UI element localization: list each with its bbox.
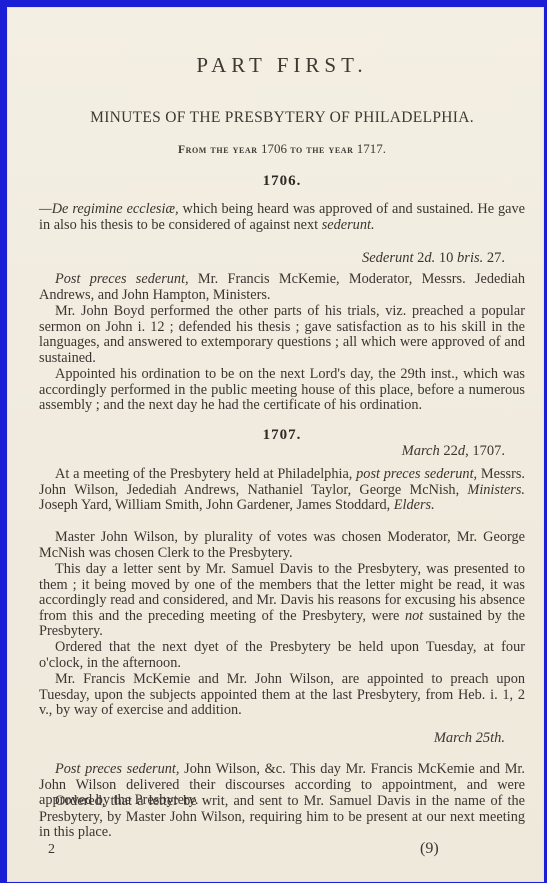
text: Master John Wilson, by plurality of vote…	[39, 529, 525, 561]
italic-text: March	[402, 443, 440, 459]
book-page: PART FIRST. MINUTES OF THE PRESBYTERY OF…	[7, 7, 544, 882]
italic-text: March 25th.	[434, 730, 505, 746]
year-heading-1707: 1707.	[39, 427, 525, 444]
text: 22	[440, 443, 458, 459]
text: Appointed his ordination to be on the ne…	[39, 366, 525, 413]
italic-text: not	[405, 608, 423, 624]
year-range: From the year 1706 to the year 1717.	[39, 141, 525, 157]
part-title: PART FIRST.	[39, 53, 525, 78]
italic-text: Ministers.	[467, 482, 525, 498]
paragraph: Appointed his ordination to be on the ne…	[39, 367, 525, 414]
paragraph: Ordered that the next dyet of the Presby…	[39, 640, 525, 671]
range-to-label: to the year	[290, 144, 353, 156]
text: 27.	[483, 250, 505, 266]
paragraph: Master John Wilson, by plurality of vote…	[39, 530, 525, 561]
paragraph: Ordered, that a letter be writ, and sent…	[39, 794, 525, 841]
meeting-date: March 22d, 1707.	[402, 443, 505, 460]
range-from-year: 1706	[261, 141, 287, 156]
year-heading-1706: 1706.	[39, 173, 525, 190]
minutes-title: MINUTES OF THE PRESBYTERY OF PHILADELPHI…	[39, 109, 525, 127]
meeting-date-2: March 25th.	[434, 730, 505, 747]
italic-text: Sederunt	[362, 250, 414, 266]
page-number: (9)	[420, 840, 439, 858]
italic-text: Post preces sederunt,	[55, 271, 189, 287]
text: Ordered that the next dyet of the Presby…	[39, 639, 525, 671]
range-to-year: 1717.	[357, 141, 386, 156]
range-from-label: From the year	[178, 144, 258, 156]
italic-text: d,	[458, 443, 469, 459]
text: 1707.	[469, 443, 505, 459]
paragraph: —De regimine ecclesiæ, which being heard…	[39, 202, 525, 233]
text: Mr. Francis McKemie and Mr. John Wilson,…	[39, 671, 525, 718]
image-frame: PART FIRST. MINUTES OF THE PRESBYTERY OF…	[0, 0, 547, 883]
text: Ordered, that a letter be writ, and sent…	[39, 793, 525, 840]
italic-text: Post preces sederunt,	[55, 761, 179, 777]
sederunt-date: Sederunt 2d. 10 bris. 27.	[362, 250, 505, 267]
text: 2	[414, 250, 425, 266]
text: Mr. John Boyd performed the other parts …	[39, 303, 525, 366]
text: 10	[435, 250, 457, 266]
italic-text: —De regimine ecclesiæ,	[39, 201, 179, 217]
italic-text: d.	[424, 250, 435, 266]
signature-mark: 2	[48, 842, 55, 858]
text: Joseph Yard, William Smith, John Gardene…	[39, 497, 394, 513]
text: At a meeting of the Presbytery held at P…	[55, 466, 356, 482]
paragraph: Post preces sederunt, Mr. Francis McKemi…	[39, 272, 525, 303]
italic-text: sederunt.	[322, 217, 375, 233]
italic-text: bris.	[457, 250, 483, 266]
italic-text: post preces sederunt,	[356, 466, 477, 482]
paragraph: This day a letter sent by Mr. Samuel Dav…	[39, 562, 525, 640]
paragraph: Mr. John Boyd performed the other parts …	[39, 304, 525, 366]
paragraph: At a meeting of the Presbytery held at P…	[39, 467, 525, 514]
italic-text: Elders.	[394, 497, 435, 513]
paragraph: Mr. Francis McKemie and Mr. John Wilson,…	[39, 672, 525, 719]
